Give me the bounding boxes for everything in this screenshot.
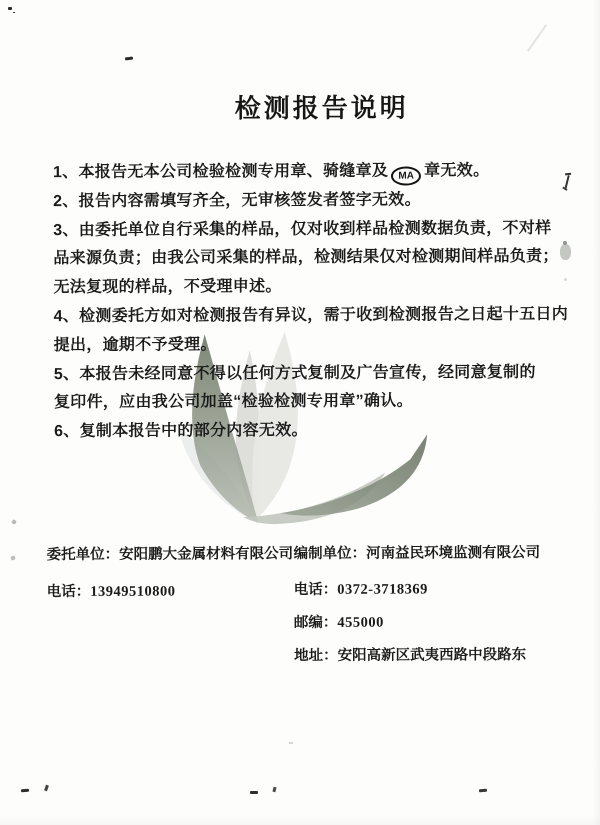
issuer-postcode-label: 邮编： <box>294 615 338 631</box>
document-page: 检测报告说明 1、本报告无本公司检验检测专用章、骑缝章及MA章无效。 2、报告内… <box>0 0 600 825</box>
issuer-unit-value: 河南益民环境监测有限公司 <box>366 545 540 562</box>
note-item-1-text: 1、本报告无本公司检验检测专用章、骑缝章及 <box>53 163 388 181</box>
notes-list: 1、本报告无本公司检验检测专用章、骑缝章及MA章无效。 2、报告内容需填写齐全，… <box>53 157 552 447</box>
scan-speck <box>289 742 293 744</box>
issuer-address-row: 地址：安阳高新区武夷西路中段路东 <box>294 644 541 667</box>
scanned-report-page: { "colors": { "ink": "#1c1c1c", "paper":… <box>0 0 600 825</box>
client-phone-row: 电话：13949510800 <box>47 580 294 603</box>
issuer-postcode-row: 邮编：455000 <box>294 611 541 634</box>
issuer-phone-value: 0372-3718369 <box>337 581 428 597</box>
note-item-4-cont: 提出，逾期不予受理。 <box>54 330 552 361</box>
note-item-2: 2、报告内容需填写齐全，无审核签发者签字无效。 <box>53 186 551 217</box>
client-phone-label: 电话： <box>47 584 91 600</box>
footer-client-column: 委托单位：安阳鹏大金属材料有限公司 电话：13949510800 <box>47 543 294 618</box>
cma-seal-icon: MA <box>391 166 421 185</box>
issuer-unit-label: 编制单位： <box>294 546 367 562</box>
note-item-1-text-end: 章无效。 <box>424 162 489 179</box>
issuer-address-label: 地址： <box>294 648 338 664</box>
scan-speck <box>8 7 12 10</box>
note-item-3-cont2: 无法复现的样品，不受理申述。 <box>53 272 551 303</box>
client-unit-label: 委托单位： <box>47 547 120 563</box>
scan-edge-shadow <box>0 815 600 825</box>
note-item-3-cont: 品来源负责；由我公司采集的样品，检测结果仅对检测期间样品负责； <box>53 243 551 274</box>
issuer-unit-row: 编制单位：河南益民环境监测有限公司 <box>294 542 541 565</box>
client-unit-row: 委托单位：安阳鹏大金属材料有限公司 <box>47 543 294 566</box>
issuer-address-value: 安阳高新区武夷西路中段路东 <box>338 647 527 664</box>
scan-speck <box>564 278 567 281</box>
note-item-4: 4、检测委托方如对检测报告有异议，需于收到检测报告之日起十五日内 <box>54 301 552 332</box>
client-phone-value: 13949510800 <box>90 584 175 600</box>
scan-edge-shadow <box>593 0 600 825</box>
note-item-5-cont: 复印件，应由我公司加盖“检验检测专用章”确认。 <box>54 387 552 418</box>
note-item-1: 1、本报告无本公司检验检测专用章、骑缝章及MA章无效。 <box>53 157 551 188</box>
footer-issuer-column: 编制单位：河南益民环境监测有限公司 电话：0372-3718369 邮编：455… <box>294 542 541 678</box>
issuer-phone-label: 电话： <box>294 582 338 598</box>
issuer-phone-row: 电话：0372-3718369 <box>294 578 541 601</box>
note-item-5: 5、本报告未经同意不得以任何方式复制及广告宣传，经同意复制的 <box>54 358 552 389</box>
issuer-postcode-value: 455000 <box>337 615 384 631</box>
scan-speck <box>250 791 258 794</box>
note-item-6: 6、复制本报告中的部分内容无效。 <box>54 416 552 447</box>
scan-speck <box>479 789 487 793</box>
client-unit-value: 安阳鹏大金属材料有限公司 <box>119 546 293 563</box>
page-title: 检测报告说明 <box>22 87 600 127</box>
scan-smudge <box>560 244 571 260</box>
note-item-3: 3、由委托单位自行采集的样品，仅对收到样品检测数据负责，不对样 <box>53 214 551 245</box>
